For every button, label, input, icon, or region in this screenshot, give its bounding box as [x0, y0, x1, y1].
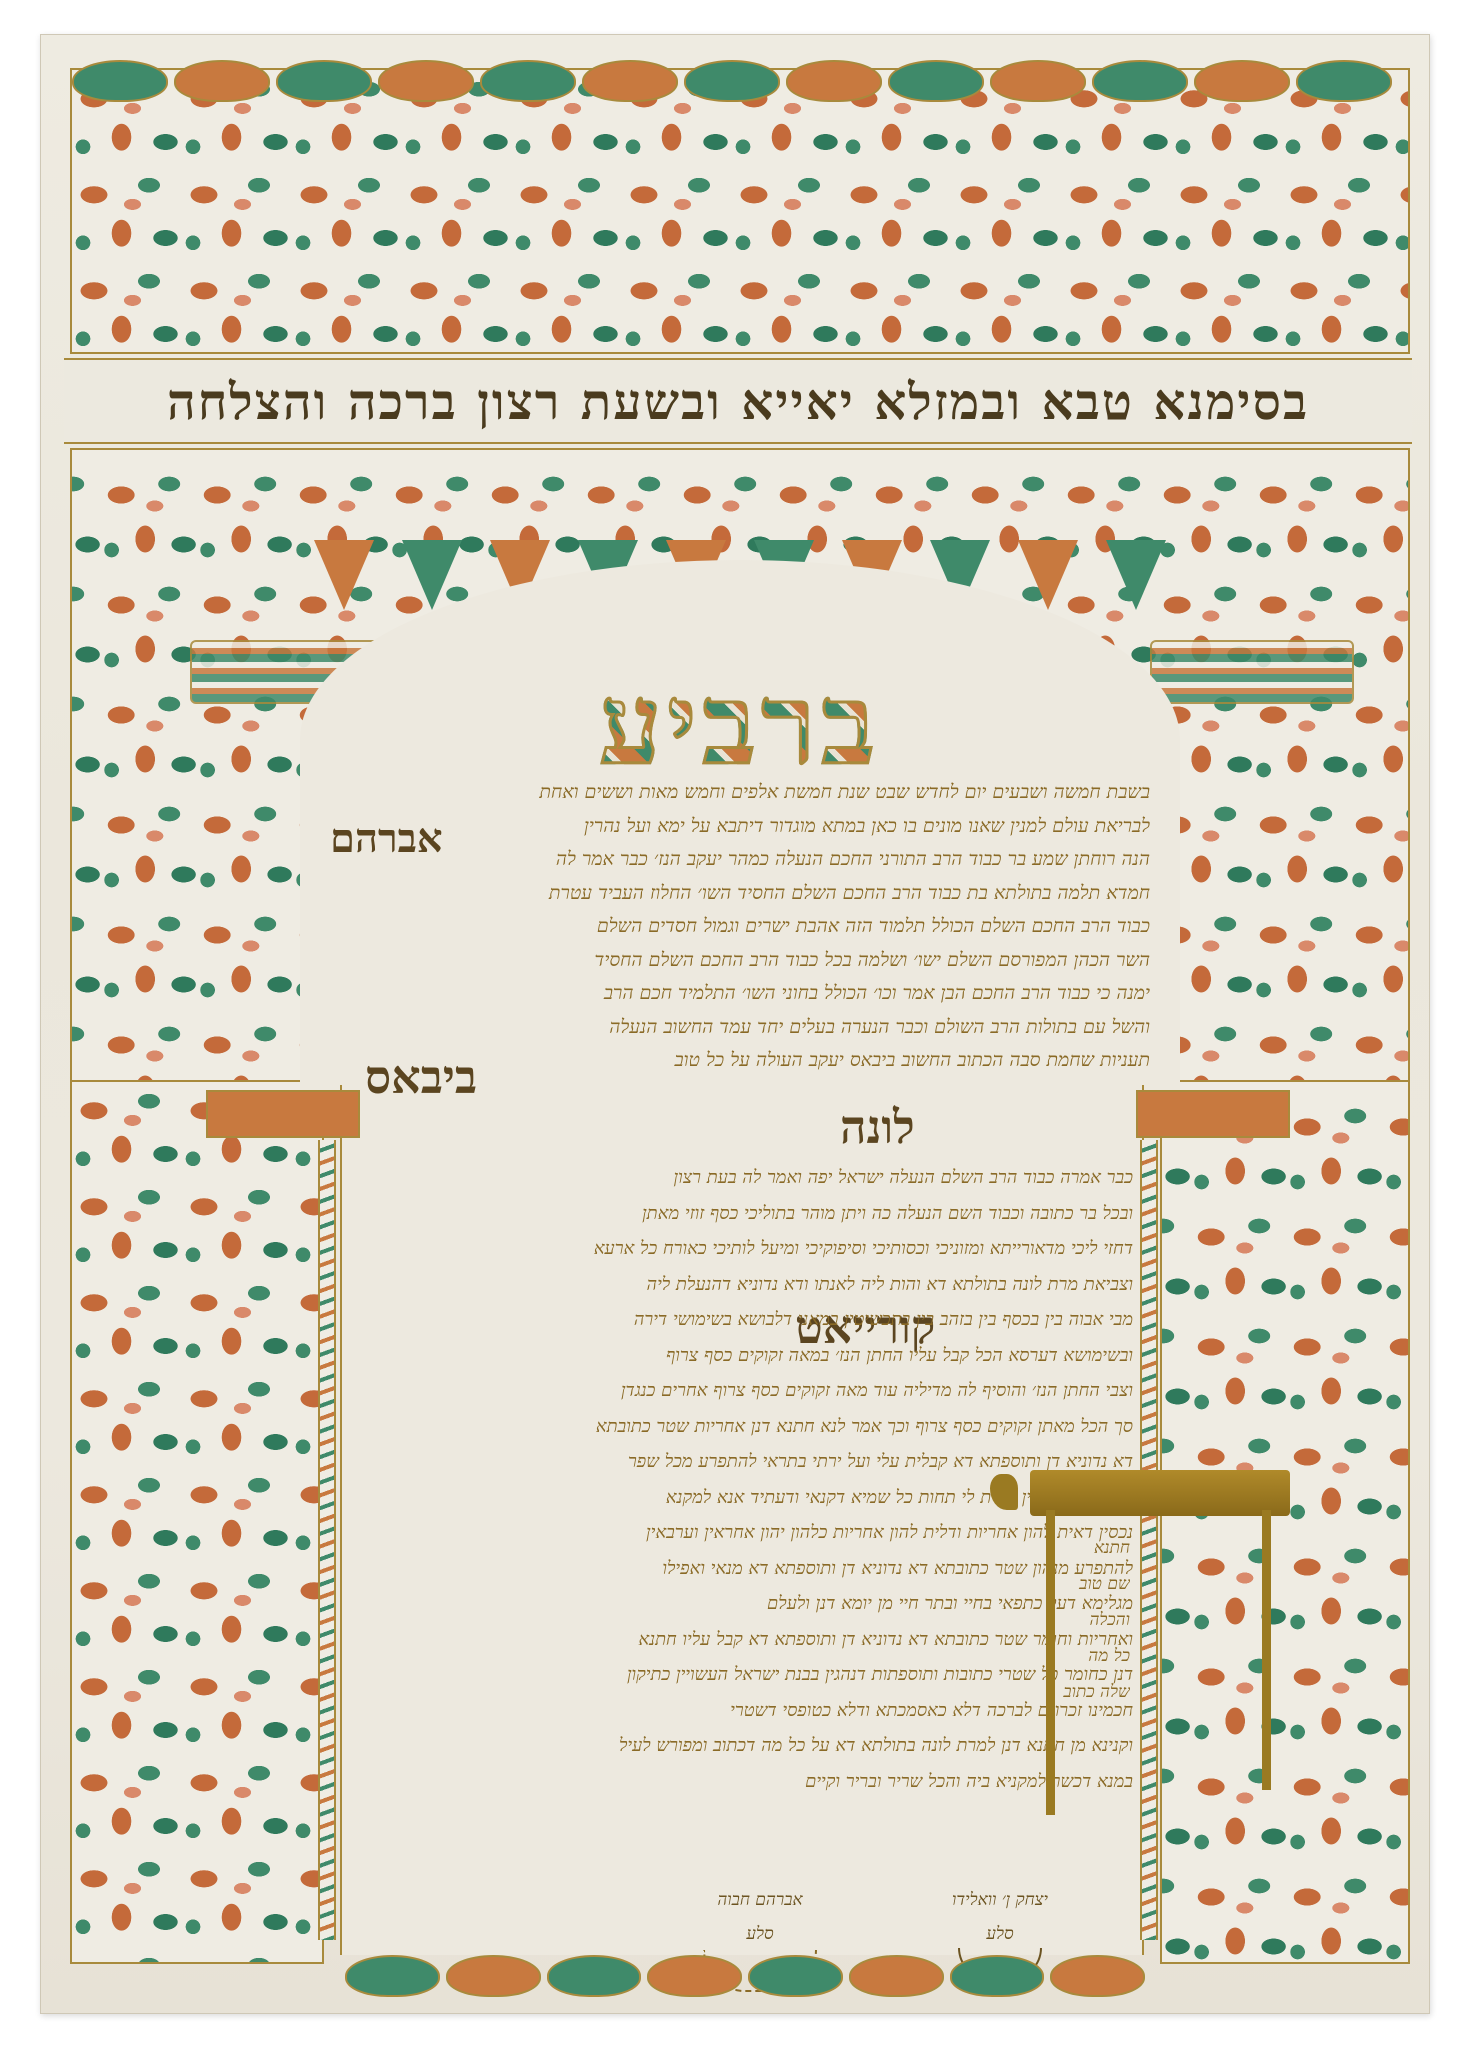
header-band: בסימנא טבא ובמזלא יאייא ובשעת רצון ברכה … — [64, 358, 1412, 444]
body-line: חמדא תלמה בתולתא בת כבוד הרב החכם השלם ה… — [330, 877, 1150, 911]
side-column-text: חתנא שם טוב והכלה כל מה שלה כתוב — [1030, 1530, 1130, 1710]
witness-2-name: יצחק ן׳ וואלידו — [900, 1890, 1100, 1910]
bottom-scallop-border — [345, 1955, 1145, 1997]
groom-family-name: ביבאס — [365, 1050, 477, 1104]
left-pillar-capital — [206, 1090, 360, 1138]
header-blessing: בסימנא טבא ובמזלא יאייא ובשעת רצון ברכה … — [167, 372, 1309, 431]
body-line: לבריאת עולם למנין שאנו מונים בו כאן במתא… — [330, 810, 1150, 844]
body-line: השר הכהן המפורסם השלם ישו׳ ושלמה בכל כבו… — [330, 944, 1150, 978]
document-title: ברביע — [480, 660, 1000, 790]
side-line: כל מה — [1030, 1638, 1130, 1674]
body-line: וצביאת מרת לונה בתולתא דא והות ליה לאנתו… — [348, 1267, 1133, 1303]
body-line: מבי אבוה בין בכסף בין בזהב בין בתכשיטין … — [348, 1302, 1133, 1338]
chai-chet-bar — [1030, 1470, 1290, 1516]
body-line: ימנה כי כבוד הרב החכם הבן אמר וכו׳ הכולל… — [330, 977, 1150, 1011]
witness-2-mark: סלע — [900, 1924, 1100, 1944]
top-floral-border — [70, 68, 1410, 354]
witness-1-mark: סלע — [680, 1924, 840, 1944]
bride-first-name: לונה — [840, 1100, 915, 1154]
top-scallop-border — [72, 60, 1408, 102]
body-line: בשבת חמשה ושבעים יום לחדש שבט שנת חמשת א… — [330, 776, 1150, 810]
side-line: שלה כתוב — [1030, 1674, 1130, 1710]
right-hand-ornament — [1150, 640, 1354, 704]
side-line: שם טוב — [1030, 1566, 1130, 1602]
body-line: ובשימושא דערסא הכל קבל עליו החתן הנז׳ במ… — [348, 1338, 1133, 1374]
right-pillar-capital — [1136, 1090, 1290, 1138]
chai-chet-leg — [1262, 1510, 1271, 1790]
left-floral-column — [70, 1080, 324, 1964]
body-line: הנה רוחתן שמע בר כבוד הרב התורני החכם הנ… — [330, 843, 1150, 877]
body-line: סך הכל מאתן זקוקים כסף צרוף וכך אמר לנא … — [348, 1409, 1133, 1445]
body-line: דחזי ליכי מדאורייתא ומזוניכי וכסותיכי וס… — [348, 1231, 1133, 1267]
body-line: ובכל בר כתובה וכבוד השם הנעלה כה ויתן מו… — [348, 1196, 1133, 1232]
witness-1-name: אברהם חבוה — [680, 1890, 840, 1910]
body-line: והשל עם בתולות הרב השולם וכבר הנערה בעלי… — [330, 1011, 1150, 1045]
left-rope-column — [318, 1140, 336, 1940]
body-line: כבוד הרב החכם השלם הכולל תלמוד הזה אהבת … — [330, 910, 1150, 944]
body-line: וצבי החתן הנז׳ והוסיף לה מדיליה עוד מאה … — [348, 1373, 1133, 1409]
chai-yud-stroke — [990, 1474, 1018, 1510]
body-line: כבר אמרה כבוד הרב השלם הנעלה ישראל יפה ו… — [348, 1160, 1133, 1196]
groom-first-name: אברהם — [330, 815, 443, 862]
side-line: חתנא — [1030, 1530, 1130, 1566]
side-line: והכלה — [1030, 1602, 1130, 1638]
body-text-upper: בשבת חמשה ושבעים יום לחדש שבט שנת חמשת א… — [330, 776, 1150, 1078]
